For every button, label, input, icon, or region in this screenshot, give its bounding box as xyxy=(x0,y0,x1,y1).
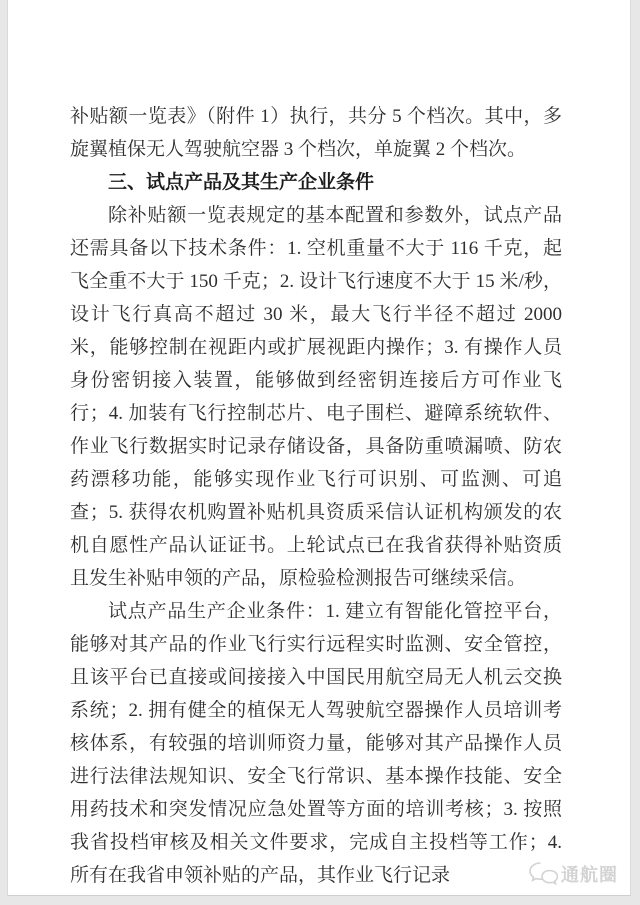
watermark: 通航圈 xyxy=(528,861,618,887)
paragraph-product-conditions: 除补贴额一览表规定的基本配置和参数外，试点产品还需具备以下技术条件：1. 空机重… xyxy=(70,199,562,595)
section-heading: 三、试点产品及其生产企业条件 xyxy=(70,166,562,199)
paragraph-intro-continuation: 补贴额一览表》（附件 1）执行，共分 5 个档次。其中，多旋翼植保无人驾驶航空器… xyxy=(70,100,562,166)
document-body: 补贴额一览表》（附件 1）执行，共分 5 个档次。其中，多旋翼植保无人驾驶航空器… xyxy=(70,100,562,892)
paragraph-enterprise-conditions: 试点产品生产企业条件：1. 建立有智能化管控平台，能够对其产品的作业飞行实行远程… xyxy=(70,595,562,892)
document-viewer: { "document": { "intro_continuation": "补… xyxy=(0,0,640,905)
chat-bubbles-icon xyxy=(528,861,558,887)
document-page: 补贴额一览表》（附件 1）执行，共分 5 个档次。其中，多旋翼植保无人驾驶航空器… xyxy=(7,0,631,896)
watermark-label: 通航圈 xyxy=(561,861,618,887)
